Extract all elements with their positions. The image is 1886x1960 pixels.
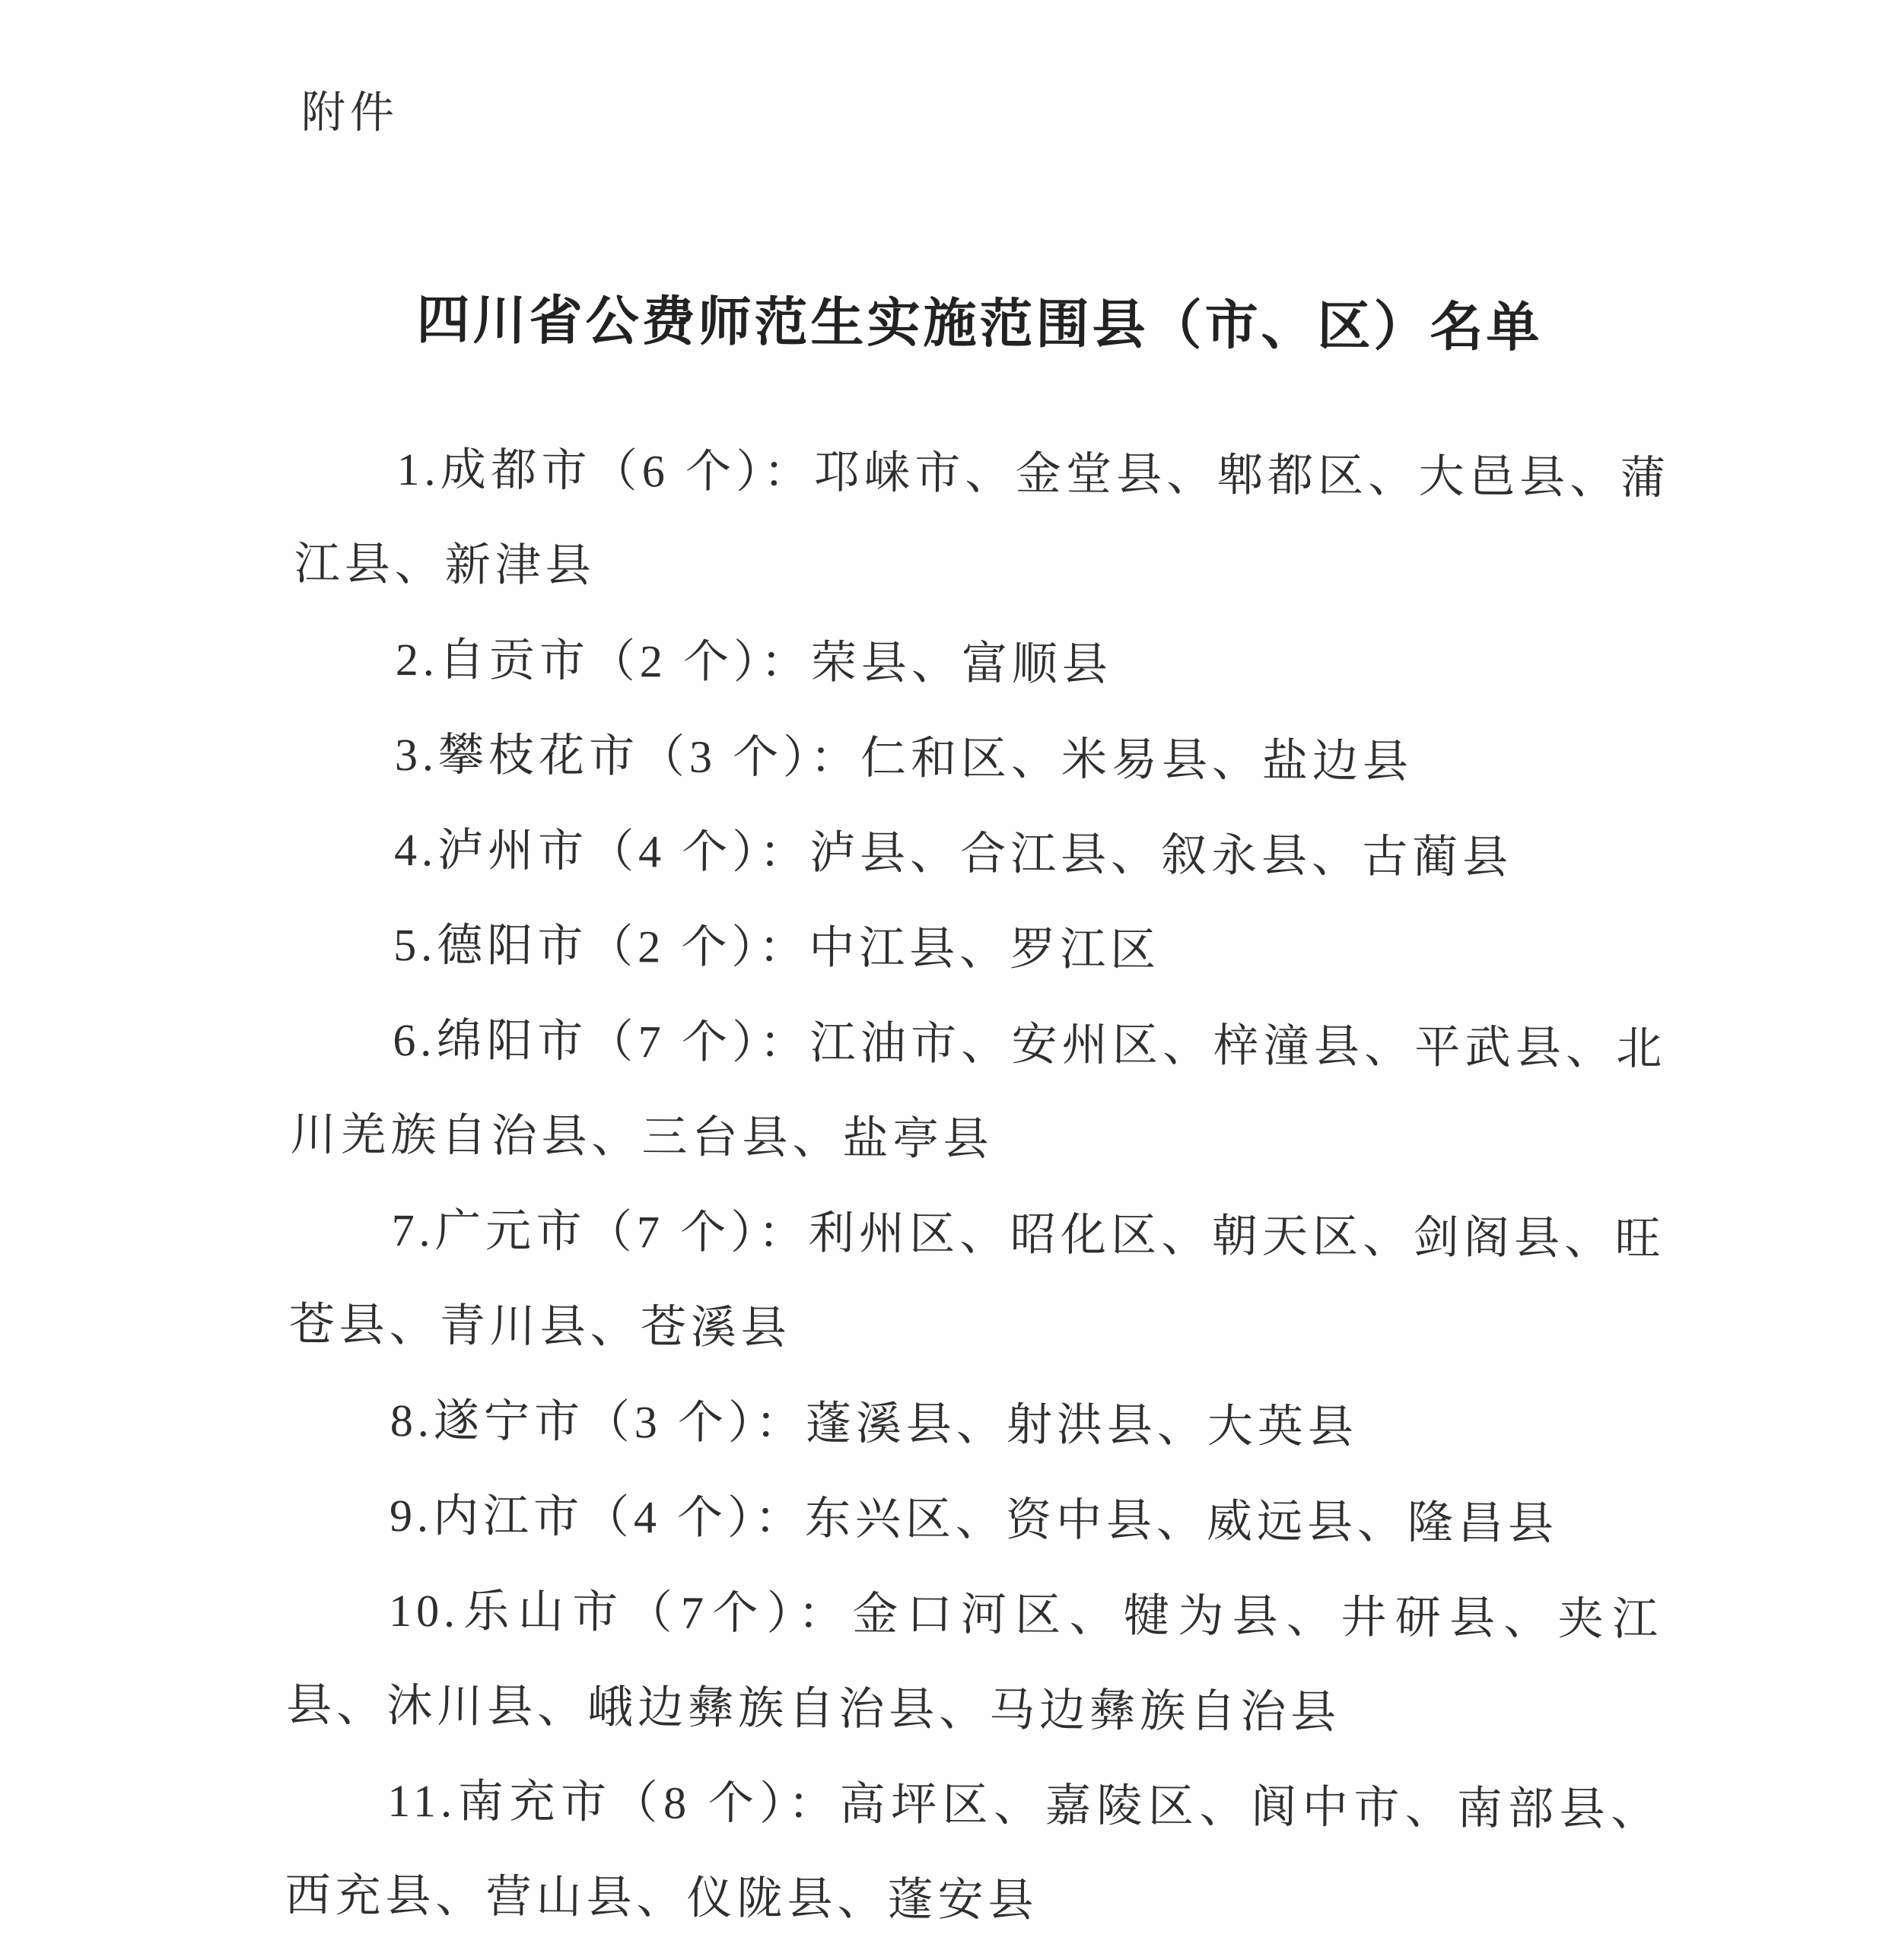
list-item: 6.绵阳市（7 个）：江油市、安州区、梓潼县、平武县、北川羌族自治县、三台县、盐… — [290, 992, 1667, 1192]
list-item: 11.南充市（8 个）：高坪区、嘉陵区、阆中市、南部县、西充县、营山县、仪陇县、… — [285, 1753, 1662, 1953]
attachment-label: 附件 — [301, 76, 399, 141]
list-item: 2.自贡市（2 个）：荣县、富顺县 — [293, 612, 1669, 717]
list-item: 3.攀枝花市（3 个）：仁和区、米易县、盐边县 — [293, 707, 1669, 812]
list-item: 9.内江市（4 个）：东兴区、资中县、威远县、隆昌县 — [288, 1468, 1664, 1573]
list-item: 1.成都市（6 个）：邛崃市、金堂县、郫都区、大邑县、蒲江县、新津县 — [294, 422, 1671, 622]
document-page: 附件 四川省公费师范生实施范围县（市、区）名单 1.成都市（6 个）：邛崃市、金… — [0, 0, 1886, 1953]
list-item: 5.德阳市（2 个）：中江县、罗江区 — [291, 897, 1668, 1002]
city-list: 1.成都市（6 个）：邛崃市、金堂县、郫都区、大邑县、蒲江县、新津县2.自贡市（… — [285, 422, 1671, 1953]
list-item: 8.遂宁市（3 个）：蓬溪县、射洪县、大英县 — [288, 1373, 1664, 1478]
page-title: 四川省公费师范生实施范围县（市、区）名单 — [68, 275, 1886, 364]
list-item: 10.乐山市（7个）：金口河区、犍为县、井研县、夹江县、沐川县、峨边彝族自治县、… — [286, 1563, 1663, 1763]
list-item: 4.泸州市（4 个）：泸县、合江县、叙永县、古蔺县 — [292, 802, 1668, 907]
list-item: 7.广元市（7 个）：利州区、昭化区、朝天区、剑阁县、旺苍县、青川县、苍溪县 — [288, 1182, 1665, 1382]
